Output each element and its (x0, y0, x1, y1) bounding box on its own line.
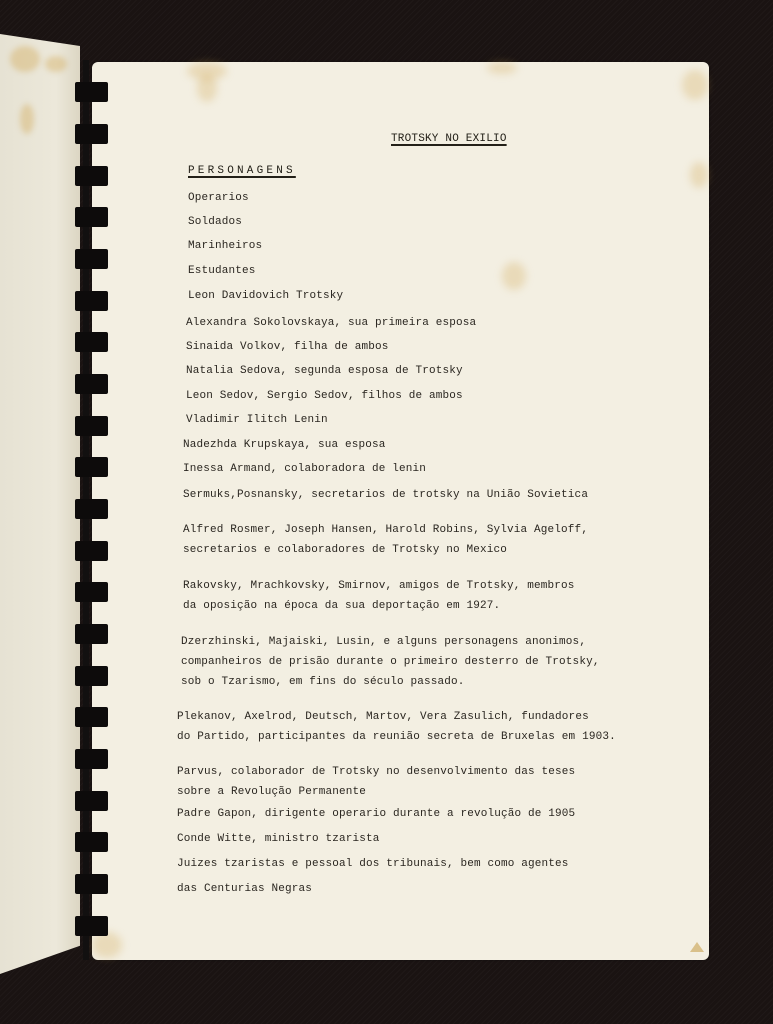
character-entry: Vladimir Ilitch Lenin (186, 414, 328, 426)
binding-ring (75, 82, 108, 102)
binding-ring (75, 457, 108, 477)
character-entry: do Partido, participantes da reunião sec… (177, 731, 616, 743)
binding-ring (75, 791, 108, 811)
character-entry: Rakovsky, Mrachkovsky, Smirnov, amigos d… (183, 580, 575, 592)
character-entry: Alfred Rosmer, Joseph Hansen, Harold Rob… (183, 524, 588, 536)
stain (690, 162, 708, 188)
character-entry: Nadezhda Krupskaya, sua esposa (183, 439, 386, 451)
character-entry: sob o Tzarismo, em fins do século passad… (181, 676, 465, 688)
character-entry: companheiros de prisão durante o primeir… (181, 656, 600, 668)
spiral-binding (75, 60, 115, 960)
character-entry: Soldados (188, 216, 242, 228)
character-entry: Marinheiros (188, 240, 262, 252)
binding-ring (75, 707, 108, 727)
binding-ring (75, 207, 108, 227)
binding-ring (75, 874, 108, 894)
character-entry: sobre a Revolução Permanente (177, 786, 366, 798)
binding-ring (75, 166, 108, 186)
character-entry: Dzerzhinski, Majaiski, Lusin, e alguns p… (181, 636, 586, 648)
stain (502, 262, 526, 290)
binding-ring (75, 541, 108, 561)
binding-ring (75, 124, 108, 144)
binding-ring (75, 249, 108, 269)
character-entry: Parvus, colaborador de Trotsky no desenv… (177, 766, 575, 778)
binding-ring (75, 582, 108, 602)
stain (197, 74, 217, 102)
binding-ring (75, 749, 108, 769)
character-entry: Operarios (188, 192, 249, 204)
binding-ring (75, 624, 108, 644)
character-entry: Plekanov, Axelrod, Deutsch, Martov, Vera… (177, 711, 589, 723)
stain (20, 104, 34, 134)
stain (487, 62, 517, 74)
character-entry: Conde Witte, ministro tzarista (177, 833, 380, 845)
stain (45, 56, 67, 72)
document-title: TROTSKY NO EXILIO (391, 133, 507, 145)
binding-ring (75, 666, 108, 686)
stain (682, 70, 708, 100)
binding-ring (75, 332, 108, 352)
binding-ring (75, 374, 108, 394)
character-entry: das Centurias Negras (177, 883, 312, 895)
character-entry: Juizes tzaristas e pessoal dos tribunais… (177, 858, 569, 870)
character-entry: Leon Sedov, Sergio Sedov, filhos de ambo… (186, 390, 463, 402)
previous-page (0, 34, 80, 974)
character-entry: Alexandra Sokolovskaya, sua primeira esp… (186, 317, 476, 329)
corner-tear (690, 942, 704, 952)
character-entry: secretarios e colaboradores de Trotsky n… (183, 544, 507, 556)
character-entry: Sinaida Volkov, filha de ambos (186, 341, 389, 353)
stain (10, 46, 40, 72)
document-page (92, 62, 709, 960)
character-entry: Padre Gapon, dirigente operario durante … (177, 808, 575, 820)
character-entry: Leon Davidovich Trotsky (188, 290, 343, 302)
section-heading: PERSONAGENS (188, 165, 296, 177)
binding-ring (75, 416, 108, 436)
character-entry: Sermuks,Posnansky, secretarios de trotsk… (183, 489, 588, 501)
character-entry: Inessa Armand, colaboradora de lenin (183, 463, 426, 475)
binding-ring (75, 916, 108, 936)
character-entry: Estudantes (188, 265, 256, 277)
character-entry: Natalia Sedova, segunda esposa de Trotsk… (186, 365, 463, 377)
character-entry: da oposição na época da sua deportação e… (183, 600, 500, 612)
binding-ring (75, 832, 108, 852)
binding-ring (75, 291, 108, 311)
binding-ring (75, 499, 108, 519)
